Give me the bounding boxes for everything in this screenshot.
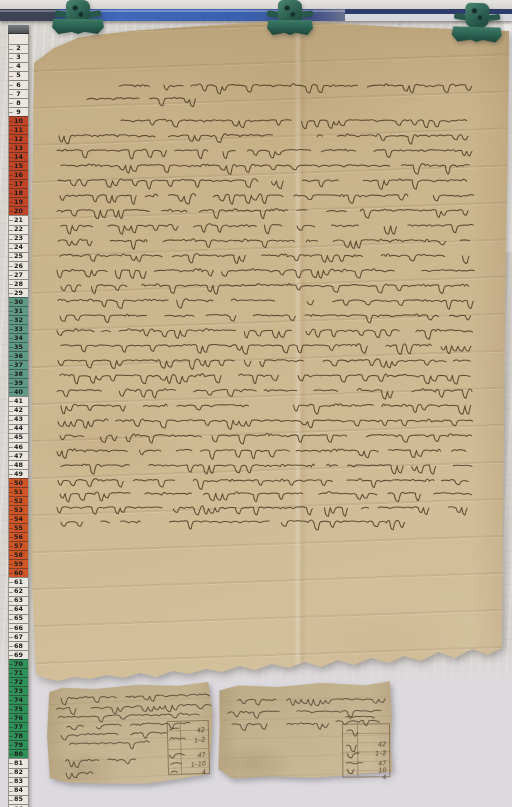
tape-number: 73 — [14, 688, 23, 694]
tape-number: 10 — [14, 118, 23, 124]
tape-cm-cell: 49 — [9, 469, 28, 478]
tape-number: 11 — [14, 127, 23, 133]
clip-lever-icon — [89, 10, 102, 18]
tape-number: 82 — [14, 769, 23, 775]
tape-cm-cell: 24 — [9, 243, 28, 252]
tape-cm-cell: 62 — [9, 587, 28, 596]
tape-tick — [9, 700, 13, 701]
tape-cm-cell: 85 — [9, 795, 28, 804]
tape-tick — [9, 610, 13, 611]
tape-cm-cell: 39 — [9, 378, 28, 387]
tape-cm-cell: 52 — [9, 496, 28, 505]
tape-tick — [9, 447, 13, 448]
tape-number: 51 — [14, 489, 23, 495]
tape-cm-cell: 20 — [9, 206, 28, 215]
tape-cm-cell: 8 — [9, 98, 28, 107]
tape-cm-cell: 22 — [9, 225, 28, 234]
clip-body — [52, 19, 104, 34]
tape-number: 41 — [14, 398, 23, 404]
tape-cm-cell: 50 — [9, 478, 28, 487]
tape-tick — [9, 175, 13, 176]
tape-tick — [9, 58, 13, 59]
tape-number: 76 — [14, 715, 23, 721]
tape-cm-cell: 38 — [9, 369, 28, 378]
tape-tick — [9, 67, 13, 68]
tape-cm-cell: 45 — [9, 433, 28, 442]
tape-cm-cell: 26 — [9, 261, 28, 270]
tape-metal-tip — [8, 25, 29, 34]
tape-tick — [9, 374, 13, 375]
tape-tick — [9, 646, 13, 647]
tape-cm-cell: 16 — [9, 170, 28, 179]
tape-tick — [9, 94, 13, 95]
tape-number: 55 — [14, 525, 23, 531]
tape-tick — [9, 465, 13, 466]
tape-number: 60 — [14, 570, 23, 576]
tape-cm-cell: 5 — [9, 71, 28, 80]
tape-tick — [9, 456, 13, 457]
tape-cm-cell: 56 — [9, 532, 28, 541]
tape-number: 68 — [14, 643, 23, 649]
tape-tick — [9, 745, 13, 746]
tape-cm-cell: 65 — [9, 614, 28, 623]
tape-number: 70 — [14, 661, 23, 667]
tape-cm-cell: 30 — [9, 297, 28, 306]
tape-number: 2 — [16, 45, 20, 51]
tape-number: 69 — [14, 652, 23, 658]
tape-number: 36 — [14, 353, 23, 359]
tape-cm-cell: 51 — [9, 487, 28, 496]
tape-cm-cell: 64 — [9, 605, 28, 614]
tape-cm-cell: 53 — [9, 505, 28, 514]
tape-tick — [9, 220, 13, 221]
table-value: 42 — [378, 742, 386, 749]
tape-number: 33 — [14, 326, 23, 332]
tape-cm-cell: 4 — [9, 62, 28, 71]
tape-number: 54 — [14, 516, 23, 522]
tape-number: 46 — [14, 444, 23, 450]
tape-number: 56 — [14, 534, 23, 540]
tape-cm-cell: 60 — [9, 568, 28, 577]
tape-tick — [9, 293, 13, 294]
tape-number: 32 — [14, 317, 23, 323]
tape-cm-cell: 48 — [9, 460, 28, 469]
tape-tick — [9, 239, 13, 240]
tape-number: 16 — [14, 172, 23, 178]
table-value: 4 — [202, 770, 207, 777]
tape-number: 40 — [14, 389, 23, 395]
tape-tick — [9, 284, 13, 285]
tape-number: 23 — [14, 235, 23, 241]
tape-cm-cell: 68 — [9, 641, 28, 650]
tape-number: 17 — [14, 181, 23, 187]
tape-tick — [9, 401, 13, 402]
tape-cm-cell: 67 — [9, 632, 28, 641]
tape-tick — [9, 320, 13, 321]
binder-clip-right — [451, 2, 502, 42]
tape-cm-cell: 42 — [9, 406, 28, 415]
tape-cm-cell: 17 — [9, 179, 28, 188]
tape-tick — [9, 555, 13, 556]
tape-tick — [9, 736, 13, 737]
tape-number: 22 — [14, 226, 23, 232]
tape-number: 57 — [14, 543, 23, 549]
tape-tick — [9, 501, 13, 502]
tape-tick — [9, 257, 13, 258]
tape-number: 77 — [14, 724, 23, 730]
tape-tick — [9, 211, 13, 212]
tape-cm-cell: 69 — [9, 650, 28, 659]
tape-cm-cell: 43 — [9, 415, 28, 424]
tape-number: 62 — [14, 588, 23, 594]
tape-tick — [9, 420, 13, 421]
tape-tick — [9, 112, 13, 113]
tape-number: 42 — [14, 407, 23, 413]
tape-number: 81 — [14, 760, 23, 766]
tape-cm-cell: 40 — [9, 387, 28, 396]
tape-cm-cell: 55 — [9, 523, 28, 532]
tape-number: 48 — [14, 462, 23, 468]
clip-body — [267, 20, 313, 35]
tape-number: 66 — [14, 625, 23, 631]
tape-tick — [9, 483, 13, 484]
tape-cm-cell: 70 — [9, 659, 28, 668]
tape-tick — [9, 573, 13, 574]
tape-tick — [9, 184, 13, 185]
tape-number: 25 — [14, 253, 23, 259]
tape-cm-cell: 32 — [9, 315, 28, 324]
tape-cm-cell: 10 — [9, 116, 28, 125]
tape-number: 38 — [14, 371, 23, 377]
tape-cm-cell: 77 — [9, 722, 28, 731]
tape-number: 84 — [14, 787, 23, 793]
tape-number: 75 — [14, 706, 23, 712]
tape-number: 4 — [16, 63, 20, 69]
tape-cm-cell: 44 — [9, 424, 28, 433]
tape-tick — [9, 85, 13, 86]
tape-tick — [9, 329, 13, 330]
tape-number: 37 — [14, 362, 23, 368]
binder-clip-left — [52, 0, 104, 34]
tape-number: 12 — [14, 136, 23, 142]
table-value: 1–2 — [375, 751, 387, 758]
photo-scene: 2345678910111213141516171819202122232425… — [0, 0, 512, 807]
tape-cm-cell: 15 — [9, 161, 28, 170]
tape-tick — [9, 148, 13, 149]
tape-tick — [9, 655, 13, 656]
tape-tick — [9, 193, 13, 194]
tape-cm-cell: 27 — [9, 270, 28, 279]
tape-tick — [9, 528, 13, 529]
tape-number: 21 — [14, 217, 23, 223]
tape-tick — [9, 248, 13, 249]
tape-tick — [9, 664, 13, 665]
measuring-tape: 2345678910111213141516171819202122232425… — [8, 25, 29, 807]
tape-tick — [9, 582, 13, 583]
tape-cm-cell: 3 — [9, 53, 28, 62]
tape-cm-cell: 11 — [9, 125, 28, 134]
tape-number: 83 — [14, 778, 23, 784]
tape-cm-cell: 46 — [9, 442, 28, 451]
tape-number: 50 — [14, 480, 23, 486]
tape-cm-cell: 82 — [9, 768, 28, 777]
tape-cm-cell: 41 — [9, 396, 28, 405]
tape-tick — [9, 411, 13, 412]
tape-cm-cell: 59 — [9, 559, 28, 568]
tape-number: 52 — [14, 498, 23, 504]
tape-tick — [9, 601, 13, 602]
tape-tick — [9, 157, 13, 158]
tape-number: 53 — [14, 507, 23, 513]
table-value: 1–2 — [194, 738, 206, 745]
tape-number: 47 — [14, 453, 23, 459]
tape-number: 19 — [14, 199, 23, 205]
tape-tick — [9, 754, 13, 755]
tape-cm-cell: 73 — [9, 686, 28, 695]
tape-number: 44 — [14, 425, 23, 431]
clip-lever-icon — [301, 10, 314, 18]
binder-clip-middle — [267, 0, 313, 35]
tape-number: 79 — [14, 742, 23, 748]
tape-number: 78 — [14, 733, 23, 739]
fragment-left-table: 421–2471–104 — [167, 720, 210, 775]
tape-tick — [9, 338, 13, 339]
tape-cm-cell: 80 — [9, 749, 28, 758]
tape-number: 43 — [14, 416, 23, 422]
tape-cm-cell: 28 — [9, 279, 28, 288]
tape-tick — [9, 492, 13, 493]
tape-tick — [9, 438, 13, 439]
tape-number: 14 — [14, 154, 23, 160]
tape-tick — [9, 619, 13, 620]
tape-number: 35 — [14, 344, 23, 350]
tape-number: 72 — [14, 679, 23, 685]
tape-tick — [9, 266, 13, 267]
tape-cm-cell: 18 — [9, 188, 28, 197]
tape-cm-cell: 25 — [9, 252, 28, 261]
tape-cm-cell: 78 — [9, 731, 28, 740]
tape-number: 58 — [14, 552, 23, 558]
tape-number: 49 — [14, 471, 23, 477]
tape-tick — [9, 709, 13, 710]
tape-tick — [9, 782, 13, 783]
tape-cm-cell: 6 — [9, 80, 28, 89]
tape-number: 67 — [14, 634, 23, 640]
paper-fragment-left: 421–2471–104 — [46, 682, 215, 786]
tape-tick — [9, 691, 13, 692]
tape-number: 59 — [14, 561, 23, 567]
tape-cm-cell: 84 — [9, 786, 28, 795]
tape-cm-cell: 12 — [9, 134, 28, 143]
tape-tick — [9, 302, 13, 303]
tape-cm-cell: 79 — [9, 740, 28, 749]
tape-tick — [9, 510, 13, 511]
tape-cm-cell: 72 — [9, 677, 28, 686]
tape-cm-cell: 76 — [9, 713, 28, 722]
tape-tick — [9, 275, 13, 276]
clip-body — [451, 26, 501, 42]
tape-number: 6 — [16, 82, 20, 88]
tape-tick — [9, 519, 13, 520]
tape-tick — [9, 121, 13, 122]
tape-cm-cell: 74 — [9, 695, 28, 704]
tape-tick — [9, 718, 13, 719]
table-value: 4 — [382, 775, 386, 782]
tape-number: 74 — [14, 697, 23, 703]
tape-number: 39 — [14, 380, 23, 386]
tape-number: 64 — [14, 606, 23, 612]
tape-cm-cell: 14 — [9, 152, 28, 161]
clip-head-icon — [465, 3, 490, 29]
tape-tick — [9, 230, 13, 231]
tape-number: 20 — [14, 208, 23, 214]
tape-cm-cell: 37 — [9, 360, 28, 369]
tape-cm-cell: 36 — [9, 351, 28, 360]
tape-number: 61 — [14, 579, 23, 585]
tape-tick — [9, 763, 13, 764]
tape-tick — [9, 791, 13, 792]
tape-cm-cell: 61 — [9, 577, 28, 586]
paper-fragment-right: 421–247104 — [218, 681, 393, 779]
tape-cm-cell: 2 — [9, 44, 28, 53]
tape-tick — [9, 166, 13, 167]
tape-number: 71 — [14, 670, 23, 676]
fragment-right-table: 421–247104 — [342, 723, 390, 777]
tape-number: 8 — [16, 100, 20, 106]
tape-tick — [9, 383, 13, 384]
tape-tick — [9, 637, 13, 638]
tape-cm-cell: 34 — [9, 333, 28, 342]
tape-number: 45 — [14, 434, 23, 440]
tape-tick — [9, 311, 13, 312]
tape-cm-cell: 29 — [9, 288, 28, 297]
tape-number: 9 — [16, 109, 20, 115]
tape-cm-cell: 47 — [9, 451, 28, 460]
tape-cm-cell: 21 — [9, 215, 28, 224]
tape-tick — [9, 546, 13, 547]
tape-cm-cell: 75 — [9, 704, 28, 713]
tape-number: 30 — [14, 299, 23, 305]
tape-cm-cell: 9 — [9, 107, 28, 116]
tape-number: 3 — [16, 54, 20, 60]
tape-tick — [9, 49, 13, 50]
tape-tick — [9, 76, 13, 77]
tape-tick — [9, 537, 13, 538]
tape-cm-cell: 83 — [9, 777, 28, 786]
tape-number: 29 — [14, 290, 23, 296]
tape-cm-cell: 13 — [9, 143, 28, 152]
tape-cm-cell: 54 — [9, 514, 28, 523]
tape-tick — [9, 800, 13, 801]
tape-cm-cell: 33 — [9, 324, 28, 333]
tape-cm-cell: 23 — [9, 234, 28, 243]
table-value: 42 — [197, 728, 206, 735]
tape-cm-cell: 63 — [9, 596, 28, 605]
tape-cm-cell: 7 — [9, 89, 28, 98]
tape-tick — [9, 592, 13, 593]
tape-cm-cell: 58 — [9, 550, 28, 559]
tape-tick — [9, 392, 13, 393]
tape-tick — [9, 347, 13, 348]
tape-tick — [9, 564, 13, 565]
tape-tick — [9, 103, 13, 104]
tape-cm-cell: 35 — [9, 342, 28, 351]
table-value: 47 — [197, 753, 206, 760]
tape-number: 28 — [14, 281, 23, 287]
tape-cm-cell: 71 — [9, 668, 28, 677]
tape-number: 24 — [14, 244, 23, 250]
tape-number: 18 — [14, 190, 23, 196]
tape-number: 7 — [16, 91, 20, 97]
tape-tick — [9, 429, 13, 430]
tape-number: 65 — [14, 615, 23, 621]
tape-number: 5 — [16, 72, 20, 78]
tape-cm-cell: 66 — [9, 623, 28, 632]
tape-number: 34 — [14, 335, 23, 341]
tape-cm-cell: 19 — [9, 197, 28, 206]
tape-number: 13 — [14, 145, 23, 151]
tape-tick — [9, 356, 13, 357]
tape-tick — [9, 682, 13, 683]
tape-number: 85 — [14, 796, 23, 802]
tape-number: 26 — [14, 263, 23, 269]
tape-number: 27 — [14, 272, 23, 278]
tape-tick — [9, 727, 13, 728]
tape-number: 63 — [14, 597, 23, 603]
tape-number: 80 — [14, 751, 23, 757]
tape-tick — [9, 139, 13, 140]
tape-cm-cell: 57 — [9, 541, 28, 550]
tape-cm-cell: 81 — [9, 758, 28, 767]
tape-tick — [9, 474, 13, 475]
tape-number: 31 — [14, 308, 23, 314]
tape-tick — [9, 130, 13, 131]
tape-tick — [9, 773, 13, 774]
clip-lever-icon — [488, 14, 501, 21]
tape-tick — [9, 628, 13, 629]
tape-cm-cell: 31 — [9, 306, 28, 315]
tape-tick — [9, 365, 13, 366]
tape-tick — [9, 673, 13, 674]
tape-number: 15 — [14, 163, 23, 169]
tape-tick — [9, 202, 13, 203]
